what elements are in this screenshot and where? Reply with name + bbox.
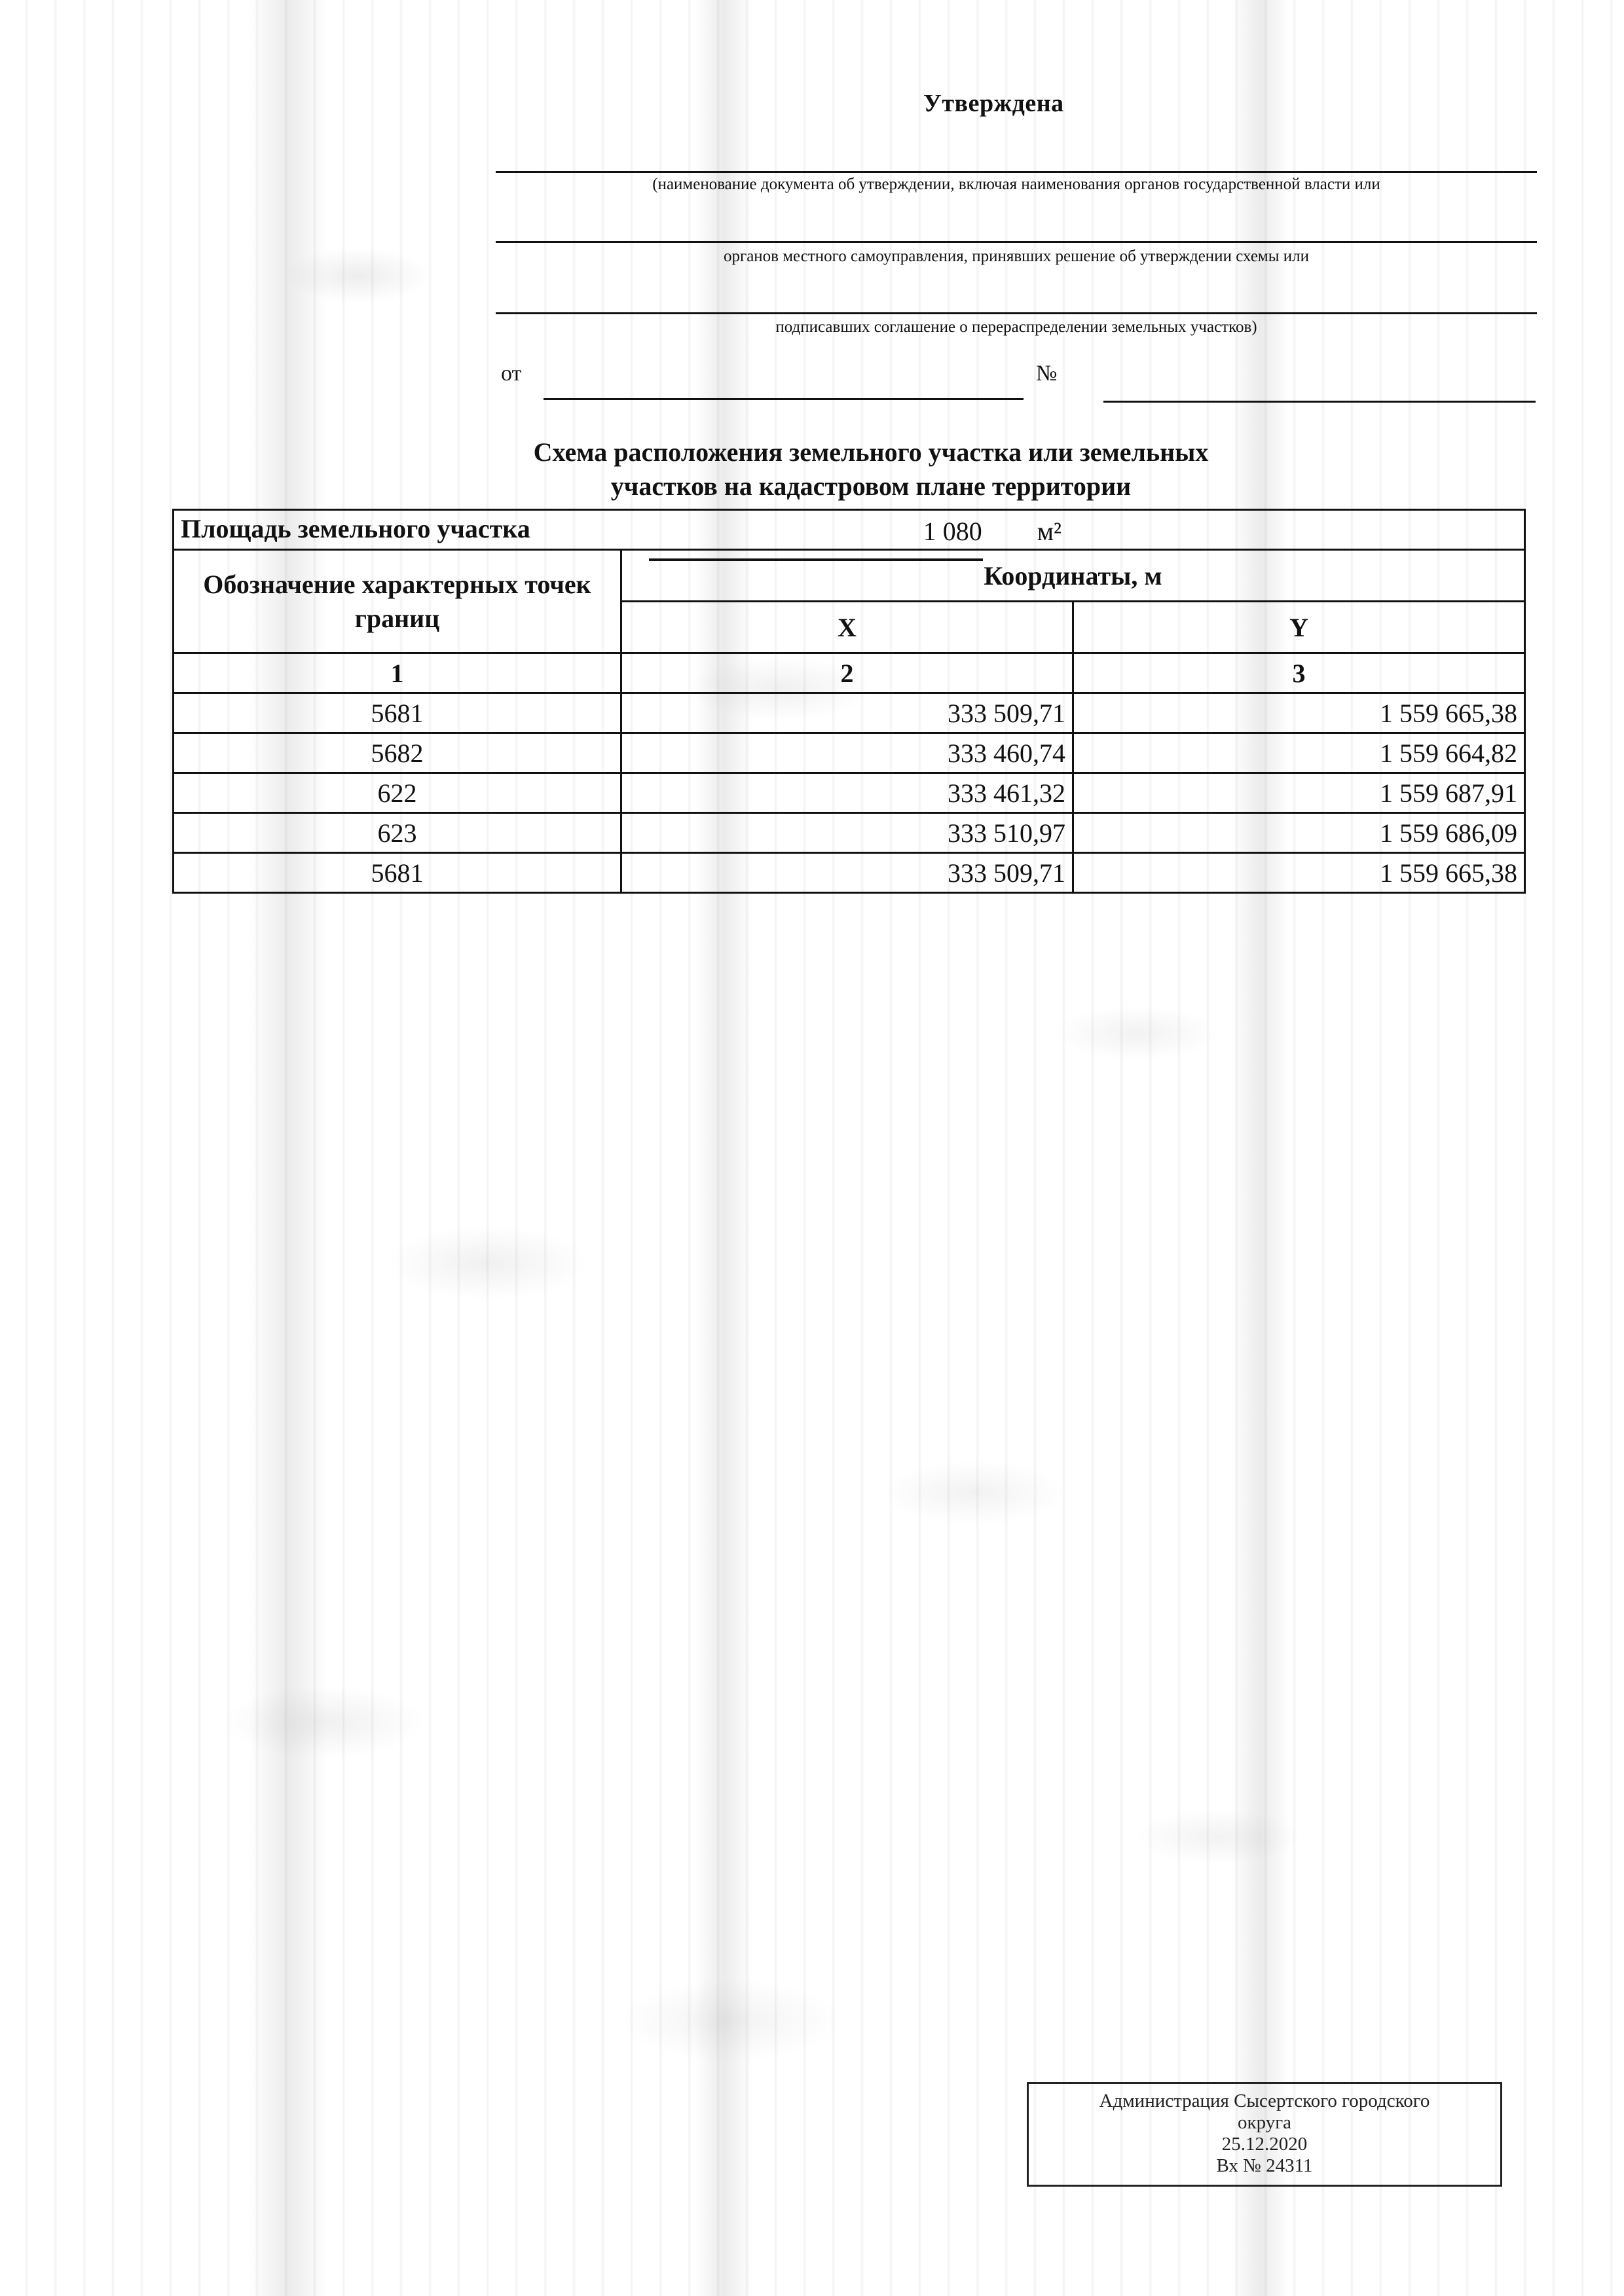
x-header: X xyxy=(621,602,1073,653)
table-row: 5681 333 509,71 1 559 665,38 xyxy=(174,853,1525,893)
table-row: 622 333 461,32 1 559 687,91 xyxy=(174,773,1525,813)
approval-caption-1: (наименование документа об утверждении, … xyxy=(496,175,1537,194)
x-coordinate: 333 460,74 xyxy=(621,733,1073,773)
number-label: № xyxy=(1036,361,1057,386)
y-coordinate: 1 559 665,38 xyxy=(1073,853,1525,893)
y-header: Y xyxy=(1073,602,1525,653)
stamp-date: 25.12.2020 xyxy=(1029,2134,1500,2155)
scan-noise xyxy=(0,0,1624,2296)
stamp-incoming-number: Вх № 24311 xyxy=(1029,2155,1500,2177)
scan-streak xyxy=(1231,0,1290,2296)
y-coordinate: 1 559 664,82 xyxy=(1073,733,1525,773)
column-number-3: 3 xyxy=(1073,653,1525,693)
column-number-2: 2 xyxy=(621,653,1073,693)
area-value: 1 080 xyxy=(923,517,982,546)
area-value-field: 1 080 м² xyxy=(649,516,983,561)
number-field-line xyxy=(1103,401,1536,403)
from-label: от xyxy=(501,361,521,386)
column-number-1: 1 xyxy=(174,653,621,693)
date-field-line xyxy=(544,398,1024,400)
y-coordinate: 1 559 686,09 xyxy=(1073,813,1525,853)
approval-line-3 xyxy=(496,312,1537,314)
x-coordinate: 333 461,32 xyxy=(621,773,1073,813)
area-unit: м² xyxy=(1037,517,1061,546)
table-row: 5682 333 460,74 1 559 664,82 xyxy=(174,733,1525,773)
table-row: 623 333 510,97 1 559 686,09 xyxy=(174,813,1525,853)
point-id: 5681 xyxy=(174,853,621,893)
point-id: 5682 xyxy=(174,733,621,773)
x-coordinate: 333 510,97 xyxy=(621,813,1073,853)
x-coordinate: 333 509,71 xyxy=(621,693,1073,733)
approval-line-1 xyxy=(496,171,1537,173)
approval-caption-3: подписавших соглашение о перераспределен… xyxy=(496,318,1537,337)
table-row: 5681 333 509,71 1 559 665,38 xyxy=(174,693,1525,733)
scan-streak xyxy=(694,0,753,2296)
y-coordinate: 1 559 687,91 xyxy=(1073,773,1525,813)
scheme-title-line-2: участков на кадастровом плане территории xyxy=(367,469,1375,503)
point-id: 622 xyxy=(174,773,621,813)
y-coordinate: 1 559 665,38 xyxy=(1073,693,1525,733)
points-header: Обозначение характерных точек границ xyxy=(174,550,621,653)
area-label: Площадь земельного участка xyxy=(181,511,530,544)
approval-line-2 xyxy=(496,241,1537,243)
registration-stamp: Администрация Сысертского городского окр… xyxy=(1027,2082,1502,2187)
scheme-title-line-1: Схема расположения земельного участка ил… xyxy=(367,435,1375,469)
approval-title: Утверждена xyxy=(923,89,1064,118)
area-cell: Площадь земельного участка 1 080 м² xyxy=(174,510,1525,550)
x-coordinate: 333 509,71 xyxy=(621,853,1073,893)
area-row: Площадь земельного участка 1 080 м² xyxy=(174,510,1525,550)
scheme-title: Схема расположения земельного участка ил… xyxy=(367,435,1375,503)
column-numbers-row: 1 2 3 xyxy=(174,653,1525,693)
scan-streak xyxy=(249,0,327,2296)
point-id: 623 xyxy=(174,813,621,853)
stamp-organization: Администрация Сысертского городского xyxy=(1029,2090,1500,2112)
point-id: 5681 xyxy=(174,693,621,733)
approval-caption-2: органов местного самоуправления, принявш… xyxy=(496,247,1537,266)
stamp-organization-cont: округа xyxy=(1029,2112,1500,2134)
coordinates-table: Площадь земельного участка 1 080 м² Обоз… xyxy=(172,509,1526,894)
